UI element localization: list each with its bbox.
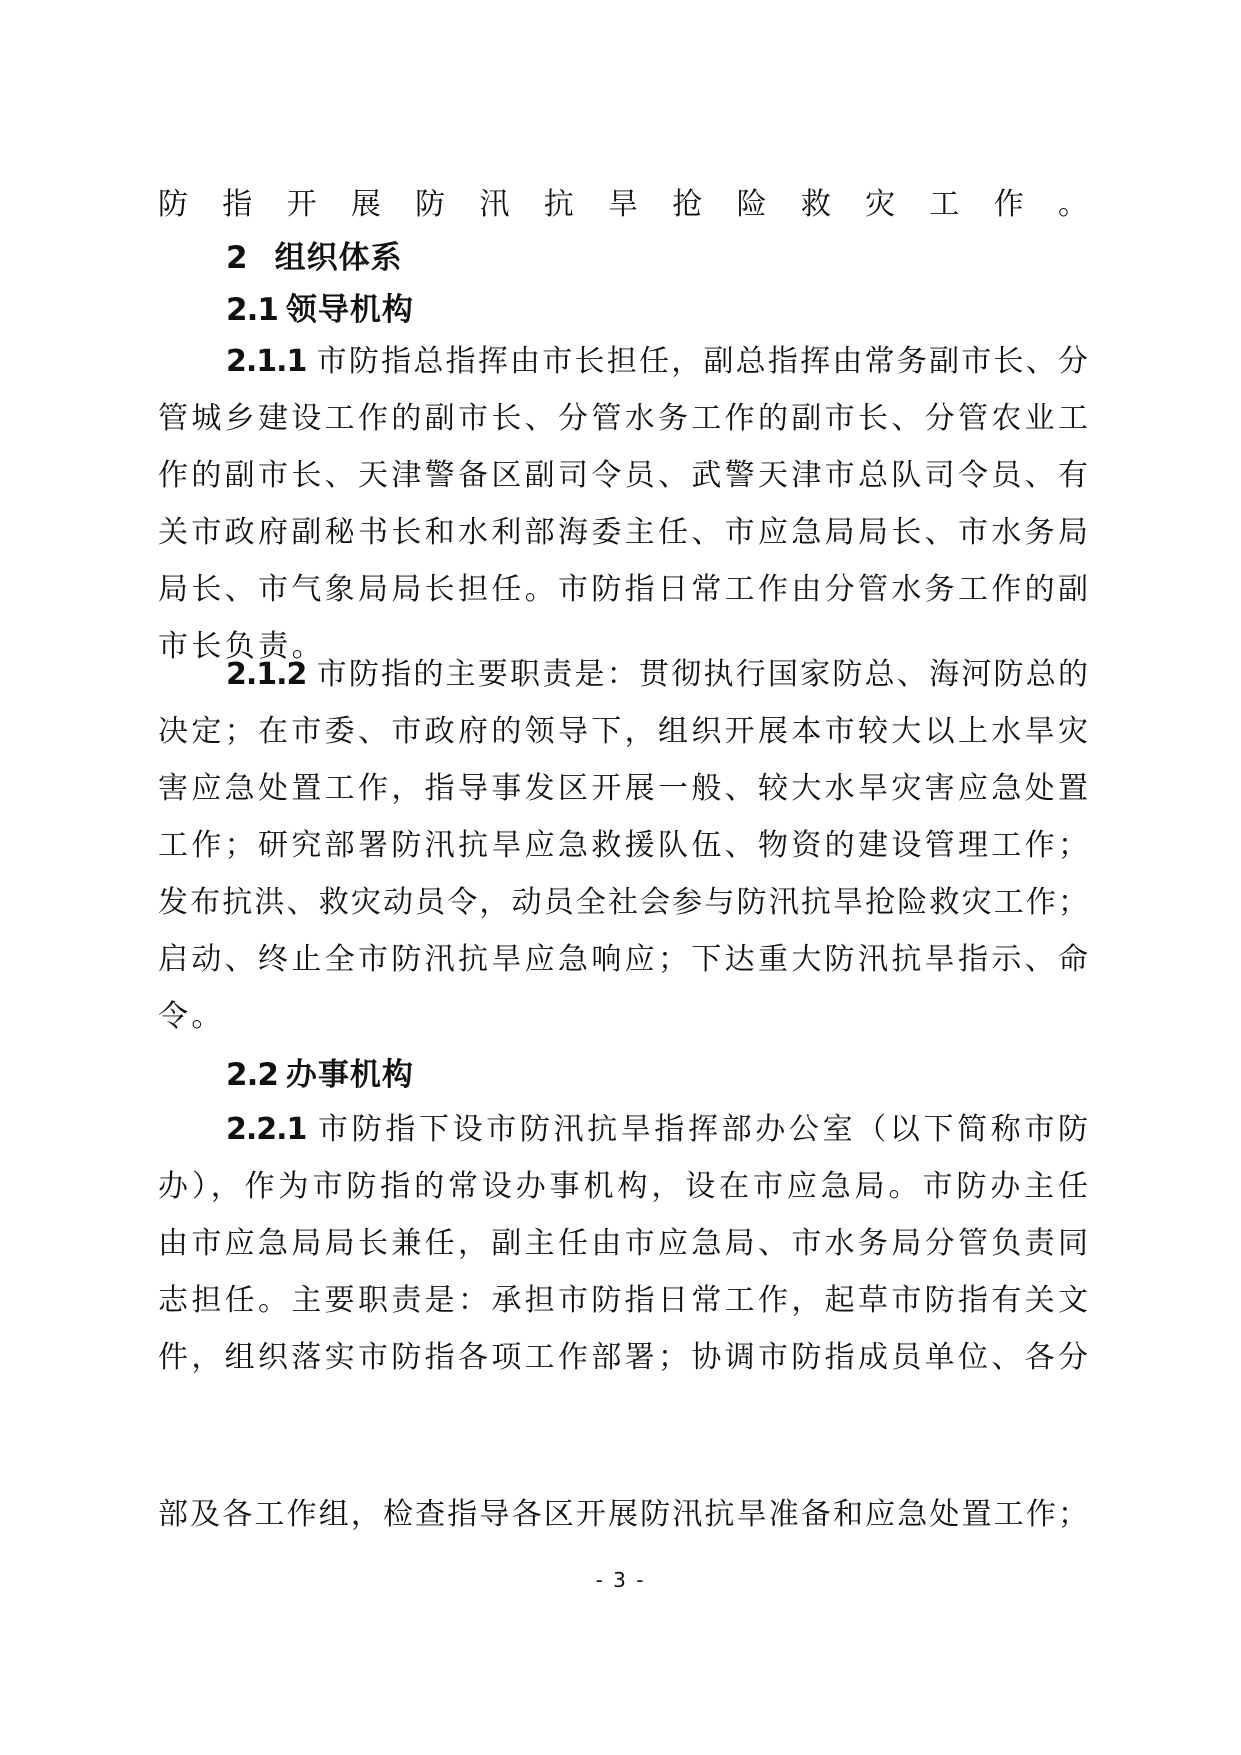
- clause-number: 2.2.1: [226, 1112, 306, 1147]
- paragraph-continuation: 防指开展防汛抗旱抢险救灾工作。: [158, 185, 1088, 225]
- section-heading-2-2: 2.2办事机构: [226, 1055, 414, 1095]
- clause-number: 2.1.1: [226, 344, 306, 379]
- paragraph-2-1-2-line-1: 2.1.2市防指的主要职责是：贯彻执行国家防总、海河防总的: [226, 655, 1088, 695]
- section-heading-2: 2组织体系: [226, 238, 403, 278]
- paragraph-line: 管城乡建设工作的副市长、分管水务工作的副市长、分管农业工: [158, 399, 1088, 439]
- paragraph-line: 决定；在市委、市政府的领导下，组织开展本市较大以上水旱灾: [158, 712, 1088, 752]
- section-heading-2-1: 2.1领导机构: [226, 290, 414, 330]
- paragraph-2-1-1-line-1: 2.1.1市防指总指挥由市长担任，副总指挥由常务副市长、分: [226, 342, 1088, 382]
- paragraph-line: 关市政府副秘书长和水利部海委主任、市应急局局长、市水务局: [158, 513, 1088, 553]
- paragraph-line: 由市应急局局长兼任，副主任由市应急局、市水务局分管负责同: [158, 1224, 1088, 1264]
- section-title: 组织体系: [275, 240, 403, 276]
- paragraph-line: 局长、市气象局局长担任。市防指日常工作由分管水务工作的副: [158, 570, 1088, 610]
- paragraph-2-2-1-line-1: 2.2.1市防指下设市防汛抗旱指挥部办公室（以下简称市防: [226, 1110, 1088, 1150]
- paragraph-line: 令。: [158, 997, 225, 1037]
- paragraph-line: 作的副市长、天津警备区副司令员、武警天津市总队司令员、有: [158, 456, 1088, 496]
- paragraph-line: 工作；研究部署防汛抗旱应急救援队伍、物资的建设管理工作；: [158, 826, 1088, 866]
- section-title: 办事机构: [286, 1057, 414, 1093]
- page-number: - 3 -: [0, 1568, 1241, 1592]
- paragraph-line: 志担任。主要职责是：承担市防指日常工作，起草市防指有关文: [158, 1281, 1088, 1321]
- paragraph-line: 启动、终止全市防汛抗旱应急响应；下达重大防汛抗旱指示、命: [158, 940, 1088, 980]
- clause-number: 2.1.2: [226, 657, 306, 692]
- paragraph-line: 害应急处置工作，指导事发区开展一般、较大水旱灾害应急处置: [158, 769, 1088, 809]
- paragraph-line: 办），作为市防指的常设办事机构，设在市应急局。市防办主任: [158, 1167, 1088, 1207]
- paragraph-line: 发布抗洪、救灾动员令，动员全社会参与防汛抗旱抢险救灾工作；: [158, 883, 1088, 923]
- paragraph-line: 件，组织落实市防指各项工作部署；协调市防指成员单位、各分: [158, 1338, 1088, 1378]
- section-number: 2.1: [226, 292, 278, 328]
- section-number: 2: [226, 240, 249, 276]
- section-title: 领导机构: [286, 292, 414, 328]
- section-number: 2.2: [226, 1057, 278, 1093]
- paragraph-line: 部及各工作组，检查指导各区开展防汛抗旱准备和应急处置工作；: [158, 1495, 1088, 1535]
